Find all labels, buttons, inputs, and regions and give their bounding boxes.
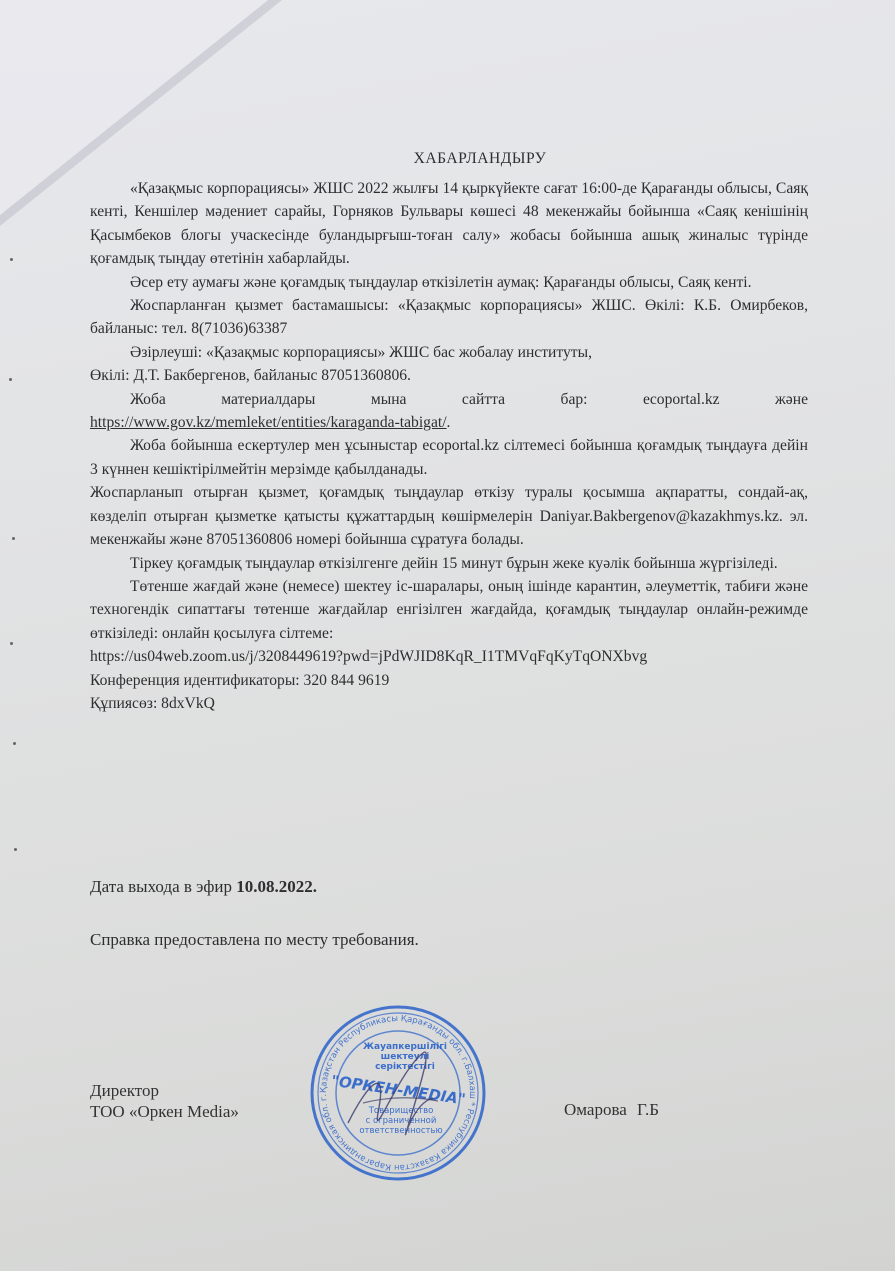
signer-name: Омарова Г.Б [564, 1100, 659, 1120]
speck [13, 742, 16, 745]
paragraph-comments: Жоба бойынша ескертулер мен ұсыныстар ec… [90, 434, 808, 481]
password: Құпиясөз: 8dxVkQ [90, 692, 808, 715]
speck [9, 378, 12, 381]
certificate-note: Справка предоставлена по месту требовани… [90, 930, 419, 950]
svg-text:"ОРКЕН-MEDIA": "ОРКЕН-MEDIA" [330, 1072, 467, 1109]
speck [10, 642, 13, 645]
document-body: «Қазақмыс корпорациясы» ЖШС 2022 жылғы 1… [90, 177, 808, 715]
paragraph-impact-area: Әсер ету аумағы және қоғамдық тыңдаулар … [90, 271, 808, 294]
svg-text:Жауапкершілігі: Жауапкершілігі [363, 1041, 447, 1052]
speck [14, 848, 17, 851]
signer-company: ТОО «Оркен Media» [90, 1101, 239, 1122]
paragraph-developer-rep: Өкілі: Д.Т. Бакбергенов, байланыс 870513… [90, 364, 808, 387]
paragraph-additional-info: Жоспарланып отырған қызмет, қоғамдық тың… [90, 481, 808, 551]
conference-id: Конференция идентификаторы: 320 844 9619 [90, 669, 808, 692]
signer-position: Директор [90, 1080, 239, 1101]
svg-text:с ограниченной: с ограниченной [366, 1116, 437, 1126]
company-stamp-icon: Қазақстан Республикасы Қарағанды обл. г.… [308, 1003, 488, 1183]
paragraph-materials-link: https://www.gov.kz/memleket/entities/kar… [90, 411, 808, 434]
svg-text:шектеулі: шектеулі [381, 1051, 430, 1062]
paragraph-announcement: «Қазақмыс корпорациясы» ЖШС 2022 жылғы 1… [90, 177, 808, 271]
paragraph-developer: Әзірлеуші: «Қазақмыс корпорациясы» ЖШС б… [90, 341, 808, 364]
zoom-link[interactable]: https://us04web.zoom.us/j/3208449619?pwd… [90, 645, 808, 668]
air-date-line: Дата выхода в эфир 10.08.2022. [90, 877, 317, 897]
document-title: ХАБАРЛАНДЫРУ [80, 147, 880, 170]
svg-text:ответственностью: ответственностью [359, 1126, 442, 1136]
punctuation: . [447, 414, 451, 431]
speck [10, 258, 13, 261]
paragraph-materials: Жоба материалдары мына сайтта бар: ecopo… [90, 388, 808, 411]
signature-block: Директор ТОО «Оркен Media» [90, 1080, 239, 1122]
speck [12, 537, 15, 540]
air-date-label: Дата выхода в эфир [90, 877, 232, 896]
gov-link[interactable]: https://www.gov.kz/memleket/entities/kar… [90, 414, 447, 431]
paragraph-emergency: Төтенше жағдай және (немесе) шектеу іс-ш… [90, 575, 808, 645]
paragraph-initiator: Жоспарланған қызмет бастамашысы: «Қазақм… [90, 294, 808, 341]
air-date-value: 10.08.2022. [236, 877, 317, 896]
paragraph-registration: Тіркеу қоғамдық тыңдаулар өткізілгенге д… [90, 552, 808, 575]
